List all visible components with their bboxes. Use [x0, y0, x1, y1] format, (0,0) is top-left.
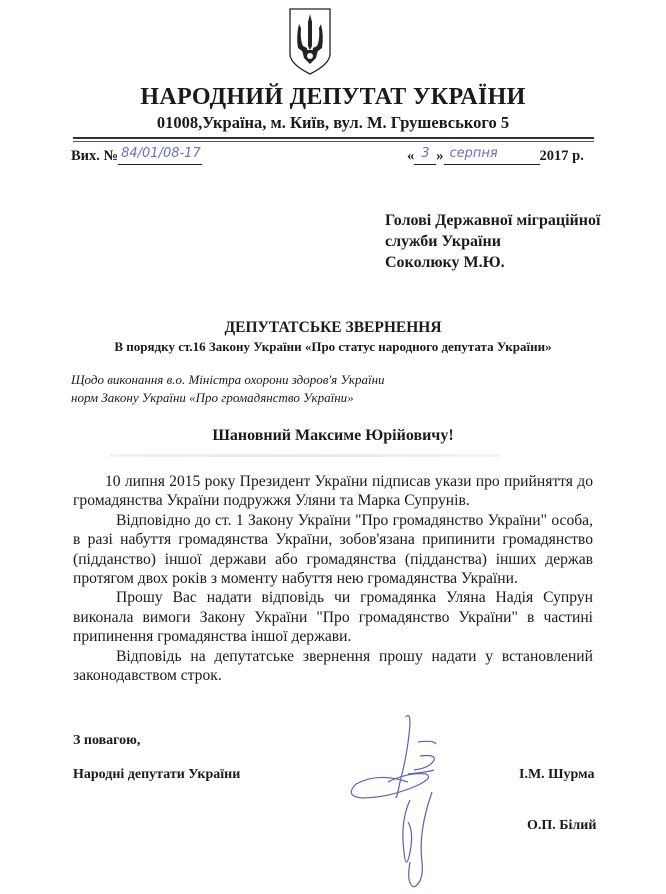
letterhead-address: 01008,Україна, м. Київ, вул. М. Грушевсь…	[0, 113, 666, 133]
addressee-line: Голові Державної міграційної	[385, 210, 600, 231]
signatory-name: І.М. Шурма	[519, 767, 595, 783]
date-open-quote: «	[407, 148, 414, 164]
outgoing-number: Вих. №84/01/08-17	[71, 148, 202, 165]
date-month-handwritten: серпня	[450, 146, 498, 161]
body-paragraph: 10 липня 2015 року Президент України під…	[73, 472, 593, 511]
closing-regards: З повагою,	[73, 733, 140, 749]
addressee-line: Соколюку М.Ю.	[385, 252, 600, 273]
letter-body: 10 липня 2015 року Президент України під…	[73, 472, 593, 685]
regarding-line: Щодо виконання в.о. Міністра охорони здо…	[71, 371, 385, 389]
appeal-subheading: В порядку ст.16 Закону України «Про стат…	[0, 339, 666, 355]
salutation: Шановний Максиме Юрійовичу!	[0, 427, 666, 445]
signatory-name: О.П. Білий	[527, 818, 596, 834]
letter-date: «3»серпня2017 р.	[407, 148, 584, 165]
date-close-quote: »	[436, 148, 443, 164]
body-paragraph: Прошу Вас надати відповідь чи громадянка…	[73, 588, 593, 646]
outgoing-number-handwritten: 84/01/08-17	[121, 146, 201, 161]
header-divider	[73, 137, 594, 139]
scan-artifact	[110, 454, 500, 457]
letterhead-title: НАРОДНИЙ ДЕПУТАТ УКРАЇНИ	[0, 84, 666, 111]
addressee-block: Голові Державної міграційної служби Укра…	[385, 210, 600, 273]
date-year: 2017 р.	[540, 148, 584, 164]
body-paragraph: Відповідь на депутатське звернення прошу…	[73, 647, 593, 686]
regarding-block: Щодо виконання в.о. Міністра охорони здо…	[71, 371, 385, 407]
handwritten-signature-icon	[348, 712, 488, 892]
appeal-heading: ДЕПУТАТСЬКЕ ЗВЕРНЕННЯ	[0, 319, 666, 337]
outgoing-number-label: Вих. №	[71, 148, 118, 164]
coat-of-arms-trident-icon	[286, 6, 334, 76]
date-day-handwritten: 3	[421, 146, 429, 161]
regarding-line: норм Закону України «Про громадянство Ук…	[71, 389, 385, 407]
header-divider-thin	[73, 141, 594, 142]
signatories-label: Народні депутати України	[73, 767, 240, 783]
body-paragraph: Відповідно до ст. 1 Закону України "Про …	[73, 511, 593, 589]
addressee-line: служби України	[385, 231, 600, 252]
